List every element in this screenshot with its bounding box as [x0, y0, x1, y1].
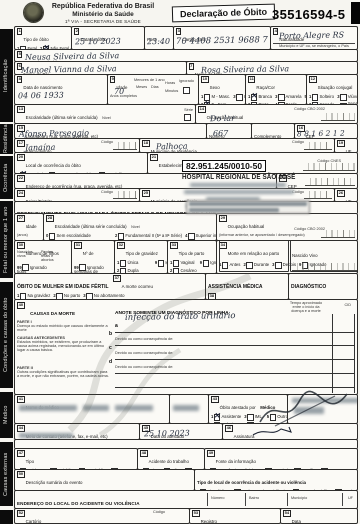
field-number: 49	[207, 450, 215, 457]
field-label: Local de ocorrência do óbito	[26, 163, 81, 168]
field-data-nascimento: 8Data de nascimento 04 06 1933	[14, 74, 108, 105]
field-tipo-de-obito: 1Tipo de óbito 1Fetal2Não Fetal	[14, 26, 72, 50]
declaration-number: 35516594-5	[272, 7, 345, 22]
field-morte-relacao-parto: 34Morte em relação ao parto 1Antes2Duran…	[216, 240, 358, 274]
field-label: Tipo de parto	[179, 251, 205, 256]
field-raca-cor: 11Raça/Cor 1Branca2Preta3Amarela4Parda5I…	[245, 74, 307, 105]
col-cid: CID	[344, 303, 351, 307]
field-uf-ocorrencia: 26UF	[334, 188, 358, 202]
field-tipo-morte-nao-natural: 47Tipo 1Acidente2Suicídio3Homicídio4Outr…	[14, 448, 138, 470]
codigo-label: Código	[101, 190, 113, 194]
field-ocupacao-mae: 29Ocupação habitual (informar anterior, …	[216, 213, 358, 241]
redacted-line	[189, 208, 279, 212]
tab-residencia: Residência	[0, 124, 13, 154]
checkbox-label: Única	[127, 261, 138, 265]
field-idade: 9Idade Anos completos 70 Menores de 1 an…	[107, 74, 199, 105]
idade-ignorado-box[interactable]	[183, 87, 190, 94]
field-tipo-local-acidente: Tipo de local de ocorrência do acidente …	[194, 469, 358, 491]
field-semanas-gestacao: 31Nº de semanas de gestação 99Ignorado	[71, 240, 115, 274]
nascidos-vivos-label: Nascidos vivos	[17, 250, 37, 258]
checkbox-label: Vaginal	[180, 261, 194, 265]
field-label: Data de nascimento	[23, 85, 62, 90]
field-descricao-evento: 50Descrição sumária do evento	[14, 469, 195, 491]
field-label: Tipo	[26, 459, 34, 464]
handwritten-numero[interactable]: 667	[213, 129, 228, 138]
handwritten-naturalidade[interactable]: Porto Alegre RS	[279, 30, 344, 40]
doctor-signature-scribble	[255, 390, 355, 430]
handwritten-cep[interactable]: 8 8 1 6 2 1 2	[297, 129, 345, 139]
tab-causas-externas: Causas externas	[0, 442, 13, 506]
field-registro: 53Registro	[189, 508, 281, 524]
tipo-local-label: Tipo de local de ocorrência do acidente …	[197, 480, 306, 485]
tab-fetal: Fetal ou menor que 1 ano	[0, 201, 13, 278]
field-label: Situação conjugal	[318, 85, 353, 90]
field-label: Tipo de gravidez	[126, 251, 158, 256]
checkbox-box[interactable]	[312, 94, 319, 101]
org-line2: Ministério da Saúde	[48, 11, 158, 18]
checkbox-label: Amarela	[286, 95, 302, 99]
codigo-label: Código	[153, 510, 165, 514]
field-bairro-residencia: 17Bairro/distrito Janaína Código	[14, 138, 140, 153]
codigo-label: Código	[292, 140, 304, 144]
field-nome-mae: 7Nome da Mãe Rosa Silveira da Silva	[186, 61, 359, 75]
checkbox-box[interactable]	[236, 94, 243, 101]
codigo-comb[interactable]	[113, 191, 137, 199]
field-label: Escolaridade (última série concluída)	[26, 115, 98, 120]
field-label: Tipo de óbito	[23, 37, 48, 42]
perdas-fetais-label: Perdas fetais e abortos	[41, 250, 63, 263]
checkbox-box[interactable]	[120, 260, 127, 267]
ignorado-box[interactable]	[22, 264, 29, 271]
cnes-comb[interactable]	[303, 163, 355, 171]
tab-medico: Médico	[0, 392, 13, 438]
field-number: 13	[17, 106, 25, 113]
field-label: Fonte da informação	[216, 459, 256, 464]
field-municipio-residencia: 18Município de residência Palhoça Código	[139, 138, 335, 153]
tab-ocorrencia: Ocorrência	[0, 156, 13, 199]
field-label: Idade	[26, 224, 37, 229]
handwritten-hora[interactable]: 23:40	[147, 37, 170, 46]
checkbox-solteiro[interactable]: 1Solteiro	[309, 94, 334, 101]
field-number: 18	[142, 140, 150, 147]
field-number: 50	[17, 471, 25, 478]
field-filhos-tidos: 30Número de filhos tidos Nascidos vivos …	[14, 240, 72, 274]
codigo-label: Código	[101, 140, 113, 144]
field-number: 7	[189, 63, 194, 70]
field-number: 30	[17, 242, 25, 249]
field-data-do-obito: 2Data do óbito 25 10 2023	[71, 26, 145, 50]
cbo-label: Código CBO 2002	[294, 107, 325, 111]
codigo-comb[interactable]	[304, 191, 332, 199]
field-complemento: Complemento	[251, 123, 295, 139]
field-label: Data	[292, 519, 301, 524]
checkbox-box[interactable]	[188, 233, 195, 240]
idade-sub: Menores de 1 ano	[134, 78, 165, 82]
field-fonte-informacao: 49Fonte da informação 1Ocorrência Polici…	[204, 448, 358, 470]
field-number: 32	[117, 242, 125, 249]
field-label: Número da Declaração de Nascido Vivo	[292, 240, 352, 258]
idade-ignorado: Ignorado	[179, 79, 194, 83]
field-label: Sexo	[210, 85, 220, 90]
col-municipio: Município	[291, 496, 307, 500]
field-number: 5	[17, 51, 22, 58]
tab-cartorio-cut	[0, 510, 13, 524]
field-local-ocorrencia: 20Local de ocorrência do óbito 1Hospital…	[14, 152, 148, 174]
divider	[287, 493, 288, 506]
field-number: 9	[110, 76, 115, 83]
checkbox-box[interactable]	[251, 94, 258, 101]
field-number: 28	[46, 215, 54, 222]
field-peso-nascer: 35Peso ao nascer Gramas	[219, 240, 289, 272]
field-label: Acidente do trabalho	[149, 459, 189, 464]
field-label: Cartório	[26, 519, 42, 524]
checkbox-label: Superior incompleto	[196, 234, 218, 238]
brazil-coat-of-arms-icon	[24, 3, 43, 22]
field-label: Raça/Cor	[256, 85, 275, 90]
stamp-cnpj: 82.951.245/0010-50	[182, 160, 266, 172]
handwritten-municipio[interactable]: Palhoça	[156, 142, 188, 152]
field-number: 41	[17, 396, 25, 403]
checkbox-box[interactable]	[118, 233, 125, 240]
checkbox-box[interactable]	[49, 233, 56, 240]
corner-black-mark	[351, 2, 360, 24]
form-header: República Federativa do Brasil Ministéri…	[0, 0, 360, 27]
field-number: 1	[17, 28, 22, 35]
checkbox-box[interactable]	[278, 94, 285, 101]
field-naturalidade: 4Naturalidade Porto Alegre RS Município …	[270, 26, 358, 50]
org-line3: 1ª VIA - SECRETARIA DE SAÚDE	[48, 19, 158, 24]
field-subcaption: Município e UF ou, se estrangeiro, o Paí…	[273, 43, 355, 48]
handwritten-idade[interactable]: 70	[114, 87, 124, 96]
field-tipo-parto: 33Tipo de parto 1Vaginal2Cesáreo9Ignorad…	[167, 240, 217, 274]
checkbox-unica[interactable]: 1Única	[117, 260, 152, 267]
idade-horas: Horas	[165, 81, 175, 85]
checkbox-box[interactable]	[158, 260, 165, 267]
checkbox-box[interactable]	[340, 94, 347, 101]
cbo-comb[interactable]	[321, 230, 355, 238]
field-number: 12	[309, 76, 317, 83]
col-numero: Número	[211, 496, 225, 500]
checkbox-label: Sem escolaridade	[56, 234, 90, 238]
checkbox-ignorado[interactable]: 9Ignorado	[200, 260, 217, 267]
field-bairro-ocorrencia: 24Bairro/Distrito Código	[14, 188, 140, 202]
ignorado-99: 99	[17, 266, 22, 270]
serie-box[interactable]	[184, 114, 191, 121]
tab-causas: Condições e causas do óbito	[0, 282, 13, 388]
field-number: 44	[17, 425, 25, 432]
field-cartorio: 52Cartório Código	[14, 508, 190, 524]
checkbox-box[interactable]	[203, 260, 210, 267]
divider	[342, 493, 343, 506]
codigo-comb[interactable]	[113, 142, 137, 150]
checkbox-viuvo[interactable]: 3Viúvo	[337, 94, 358, 101]
field-number: 27	[17, 215, 25, 222]
divider	[207, 493, 208, 506]
field-tipo-gravidez: 32Tipo de gravidez 1Única2Dupla3Tripla e…	[114, 240, 168, 274]
handwritten-data-nascimento[interactable]: 04 06 1933	[18, 91, 64, 101]
handwritten-data-obito[interactable]: 25 10 2023	[75, 37, 121, 47]
field-cartao-sus: 3Cartão SUS 70 4408 2531 9688 7	[173, 26, 271, 50]
serie-label: Série	[184, 108, 193, 112]
field-number: 24	[17, 190, 25, 197]
field-data-registro: 54Data	[280, 508, 358, 524]
field-nome-pai: 6Nome do Pai Manoel Vianna da Silva	[14, 61, 187, 75]
endereco-acidente-header: ENDEREÇO DO LOCAL DO ACIDENTE OU VIOLÊNC…	[17, 501, 140, 506]
codigo-comb[interactable]	[304, 142, 332, 150]
col-divider-tempo	[332, 314, 333, 393]
checkbox-sem-escolaridade[interactable]: 0Sem escolaridade	[46, 233, 112, 240]
field-endereco-acidente: ENDEREÇO DO LOCAL DO ACIDENTE OU VIOLÊNC…	[14, 490, 358, 509]
nivel-label: Nível	[131, 225, 140, 229]
cbo-comb[interactable]	[321, 113, 355, 121]
handwritten-cartao-sus[interactable]: 70 4408 2531 9688 7	[176, 35, 268, 47]
field-subcaption: (anos)	[17, 233, 41, 237]
cep-comb[interactable]	[305, 178, 355, 186]
field-label: Ocupação habitual	[228, 224, 265, 229]
checkbox-label: Viúvo	[348, 95, 358, 99]
field-number: 53	[192, 510, 200, 517]
field-uf-residencia: 19UF	[334, 138, 358, 153]
field-number: 26	[337, 190, 345, 197]
redacted-stamp-line1	[190, 183, 286, 187]
field-number: 19	[337, 140, 345, 147]
redacted-stamp-line2	[184, 190, 294, 194]
field-number: 20	[17, 154, 25, 161]
field-number: 47	[17, 450, 25, 457]
checkbox-branca[interactable]: 1Branca	[248, 94, 272, 101]
field-escolaridade: 13Escolaridade (última série concluída) …	[14, 104, 196, 124]
field-cep-residencia: 16CEP 8 8 1 6 2 1 2	[294, 123, 358, 139]
field-idade-mae: 27Idade (anos)	[14, 213, 44, 241]
field-numero-residencia: Número 667	[206, 123, 252, 139]
field-number: 29	[219, 215, 227, 222]
field-number: 3	[176, 28, 181, 35]
field-acidente-trabalho: 48Acidente do trabalho 1Sim2Não9Ignorado	[137, 448, 205, 470]
field-ocupacao: 14Ocupação habitual (informar anterior, …	[195, 104, 358, 124]
dnv-comb[interactable]	[292, 263, 358, 271]
field-escolaridade-mae: 28Escolaridade (última série concluída) …	[43, 213, 217, 241]
checkbox-label: M - Masc.	[211, 95, 230, 99]
idade-minutos: Minutos	[165, 89, 178, 93]
field-number: 8	[17, 76, 22, 83]
col-bairro: Bairro	[249, 496, 259, 500]
stamp-hospital-name: HOSPITAL REGIONAL DE SÃO JOSÉ	[182, 173, 295, 181]
checkbox-vaginal[interactable]: 1Vaginal	[170, 260, 197, 267]
field-number: 4	[273, 28, 278, 35]
field-logradouro-residencia: 15Logradouro (rua, praça, avenida, etc) …	[14, 123, 207, 139]
field-sexo: 10Sexo 1M - Masc.2F - Fem.3I - Ignorado	[198, 74, 246, 105]
handwritten-bairro[interactable]: Janaína	[25, 143, 56, 153]
checkbox-fundamental-ii-5-a-8-serie[interactable]: 2Fundamental II (5ª a 8ª Série)	[115, 233, 182, 240]
idade-meses: Meses	[136, 85, 147, 89]
checkbox-box[interactable]	[173, 260, 180, 267]
field-number: 25	[142, 190, 150, 197]
idade-dias: Dias	[151, 85, 159, 89]
field-number: 17	[17, 140, 25, 147]
field-label: Descrição sumária do evento	[26, 480, 83, 485]
checkbox-label: Solteiro	[319, 95, 334, 99]
redacted-line	[189, 202, 307, 206]
org-line1: República Federativa do Brasil	[48, 3, 158, 11]
field-situacao-conjugal: 12Situação conjugal 1Solteiro2Casado3Viú…	[306, 74, 358, 105]
col-divider-cid	[354, 314, 355, 393]
field-hora-obito: Hora 23:40	[144, 26, 174, 50]
field-number: 11	[248, 76, 255, 83]
field-number: 2	[74, 28, 79, 35]
field-number: 31	[74, 242, 82, 249]
field-label: Escolaridade (última série concluída)	[55, 224, 127, 229]
field-number: 48	[140, 450, 148, 457]
handwritten-ocupacao[interactable]: Do lar	[210, 114, 235, 123]
tab-identificacao: Identificação	[0, 29, 13, 122]
checkbox-label: Branca	[258, 95, 272, 99]
field-number: 52	[17, 510, 25, 517]
issuing-org: República Federativa do Brasil Ministéri…	[48, 3, 158, 24]
field-number: 33	[170, 242, 178, 249]
field-number: 10	[201, 76, 209, 83]
checkbox-superior-incompleto[interactable]: 4Superior incompleto	[185, 233, 217, 240]
field-num-declaracao-nascido-vivo: 36Número da Declaração de Nascido Vivo	[290, 240, 358, 272]
redacted-stamp-block	[186, 200, 310, 214]
form-title: Declaração de Óbito	[172, 4, 275, 23]
divider	[245, 493, 246, 506]
field-number: 54	[283, 510, 291, 517]
field-number: 22	[17, 175, 25, 182]
nivel-label: Nível	[102, 116, 111, 120]
col-uf: UF	[348, 496, 353, 500]
checkbox-amarela[interactable]: 3Amarela	[275, 94, 301, 101]
field-number: 14	[198, 106, 206, 113]
field-label: Registro	[201, 519, 217, 524]
checkbox-label: Fundamental II (5ª a 8ª Série)	[125, 234, 182, 238]
scanned-death-certificate: República Federativa do Brasil Ministéri…	[0, 0, 360, 524]
field-number: 21	[150, 154, 158, 161]
field-number: 40	[17, 302, 25, 309]
